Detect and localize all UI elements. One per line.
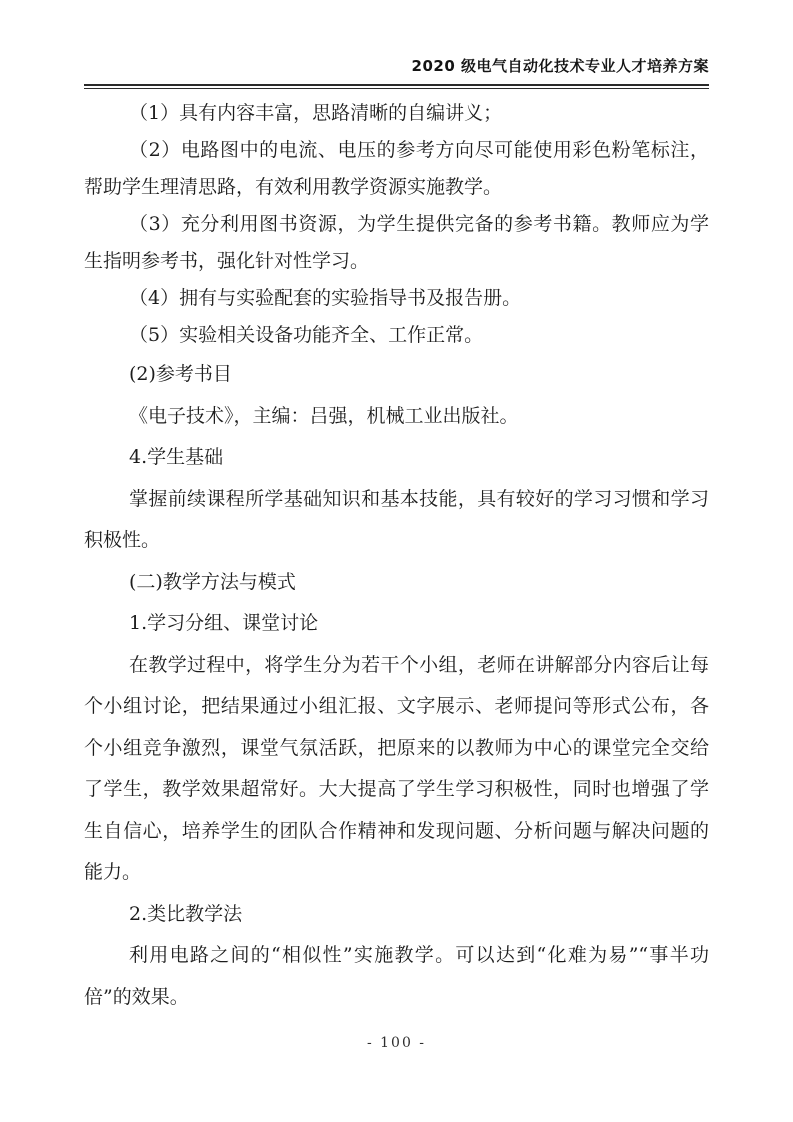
body-paragraph: (2)参考书目 [84, 354, 709, 396]
header-rule-divider [84, 84, 709, 89]
page-header-title: 2020 级电气自动化技术专业人才培养方案 [412, 55, 709, 76]
page-number: - 100 - [0, 1035, 793, 1051]
body-paragraph: 掌握前续课程所学基础知识和基本技能，具有较好的学习习惯和学习积极性。 [84, 479, 709, 562]
body-paragraph: （3）充分利用图书资源，为学生提供完备的参考书籍。教师应为学生指明参考书，强化针… [84, 206, 709, 280]
body-paragraph: 《电子技术》，主编：吕强，机械工业出版社。 [84, 396, 709, 438]
body-paragraph: （1）具有内容丰富，思路清晰的自编讲义； [84, 95, 709, 132]
teaching-methods-section: (2)参考书目 《电子技术》，主编：吕强，机械工业出版社。 4.学生基础 掌握前… [84, 354, 709, 1018]
body-paragraph: （4）拥有与实验配套的实验指导书及报告册。 [84, 280, 709, 317]
document-page: 2020 级电气自动化技术专业人才培养方案 （1）具有内容丰富，思路清晰的自编讲… [0, 0, 793, 1122]
body-paragraph: 1.学习分组、课堂讨论 [84, 603, 709, 645]
body-paragraph: （2）电路图中的电流、电压的参考方向尽可能使用彩色粉笔标注，帮助学生理清思路，有… [84, 132, 709, 206]
numbered-list-section: （1）具有内容丰富，思路清晰的自编讲义； （2）电路图中的电流、电压的参考方向尽… [84, 95, 709, 354]
body-paragraph: 2.类比教学法 [84, 894, 709, 936]
body-paragraph: 在教学过程中，将学生分为若干个小组，老师在讲解部分内容后让每个小组讨论，把结果通… [84, 645, 709, 894]
document-body: （1）具有内容丰富，思路清晰的自编讲义； （2）电路图中的电流、电压的参考方向尽… [84, 95, 709, 1018]
body-paragraph: 利用电路之间的“相似性”实施教学。可以达到“化难为易”“事半功倍”的效果。 [84, 935, 709, 1018]
body-paragraph: 4.学生基础 [84, 437, 709, 479]
body-paragraph: (二)教学方法与模式 [84, 562, 709, 604]
body-paragraph: （5）实验相关设备功能齐全、工作正常。 [84, 317, 709, 354]
